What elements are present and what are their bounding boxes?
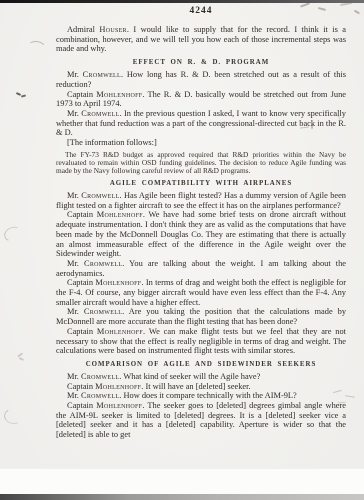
dialogue-paragraph: Captain Mohlenhoff. We have had some bri… [56, 210, 346, 259]
speaker-title: Mr. [67, 259, 84, 268]
speaker-title: Mr. [67, 191, 81, 200]
scanned-document-page: 4244 Admiral Houser. I would like to sup… [0, 0, 364, 500]
scan-smudge-arc [2, 407, 23, 426]
speaker-title: Captain [67, 327, 97, 336]
dialogue-paragraph: Mr. Cromwell. You are talking about the … [56, 259, 346, 278]
speaker-name: Mohlenhoff [96, 401, 142, 410]
speaker-title: Captain [67, 401, 96, 410]
speaker-title: Mr. [67, 307, 84, 316]
speaker-name: Houser [99, 25, 127, 34]
dialogue-paragraph: Captain Mohlenhoff. The R. & D. basicall… [56, 90, 346, 109]
dialogue-paragraph: Admiral Houser. I would like to supply t… [56, 25, 346, 54]
dialogue-paragraph: Mr. Cromwell. In the previous question I… [56, 109, 346, 138]
speaker-title: Mr. [67, 109, 81, 118]
speaker-name: Cromwell [81, 391, 119, 400]
speaker-name: Mohlenhoff [95, 278, 141, 287]
speaker-name: Mohlenhoff [97, 327, 143, 336]
text-column: 4244 Admiral Houser. I would like to sup… [56, 6, 346, 440]
dialogue-text: . How does it compare technically with t… [119, 391, 296, 400]
speaker-name: Cromwell [81, 109, 119, 118]
dialogue-paragraph: Captain Mohlenhoff. In terms of drag and… [56, 278, 346, 307]
scan-smudge-arc [2, 224, 24, 243]
stage-direction: [The information follows:] [56, 138, 346, 148]
speaker-name: Cromwell [81, 191, 119, 200]
pencil-mark [354, 10, 360, 14]
speaker-title: Mr. [67, 70, 83, 79]
dialogue-paragraph: Mr. Cromwell. What kind of seeker will t… [56, 372, 346, 382]
dialogue-paragraph: Mr. Cromwell. Are you taking the positio… [56, 307, 346, 326]
speaker-name: Mohlenhoff [96, 90, 142, 99]
speaker-title: Captain [67, 210, 97, 219]
dialogue-text: . What kind of seeker will the Agile hav… [119, 372, 260, 381]
dialogue-paragraph: Captain Mohlenhoff. We can make flight t… [56, 327, 346, 356]
scan-bottom-edge [0, 494, 364, 500]
section-heading: COMPARISON OF AGILE AND SIDEWINDER SEEKE… [56, 361, 346, 368]
speaker-name: Cromwell [84, 307, 122, 316]
fine-print-paragraph: The FY-73 R&D budget as approved require… [56, 151, 346, 175]
dialogue-text: . It will have an [deleted] seeker. [141, 382, 250, 391]
pencil-mark [345, 395, 355, 398]
scan-smudge-arc [26, 40, 47, 57]
ink-mark [21, 94, 26, 97]
speaker-title: Mr. [67, 391, 81, 400]
page-number: 4244 [56, 6, 346, 16]
speaker-name: Cromwell [84, 259, 122, 268]
speaker-title: Captain [67, 278, 95, 287]
speaker-name: Mohlenhoff [95, 382, 141, 391]
pencil-mark [19, 357, 24, 360]
scan-bed-strip [0, 468, 364, 494]
speaker-title: Captain [67, 90, 96, 99]
speaker-name: Cromwell [83, 70, 121, 79]
speaker-name: Mohlenhoff [97, 210, 143, 219]
speaker-title: Captain [67, 382, 95, 391]
speaker-title: Mr. [67, 372, 81, 381]
section-heading: EFFECT ON R. & D. PROGRAM [56, 59, 346, 66]
dialogue-paragraph: Captain Mohlenhoff. The seeker goes to [… [56, 401, 346, 440]
speaker-name: Cromwell [81, 372, 119, 381]
speaker-title: Admiral [67, 25, 99, 34]
dialogue-paragraph: Captain Mohlenhoff. It will have an [del… [56, 382, 346, 392]
dialogue-paragraph: Mr. Cromwell. How does it compare techni… [56, 391, 346, 401]
dialogue-paragraph: Mr. Cromwell. Has Agile been flight test… [56, 191, 346, 210]
section-heading: AGILE COMPATIBILITY WITH AIRPLANES [56, 180, 346, 187]
dialogue-paragraph: Mr. Cromwell. How long has R. & D. been … [56, 70, 346, 89]
